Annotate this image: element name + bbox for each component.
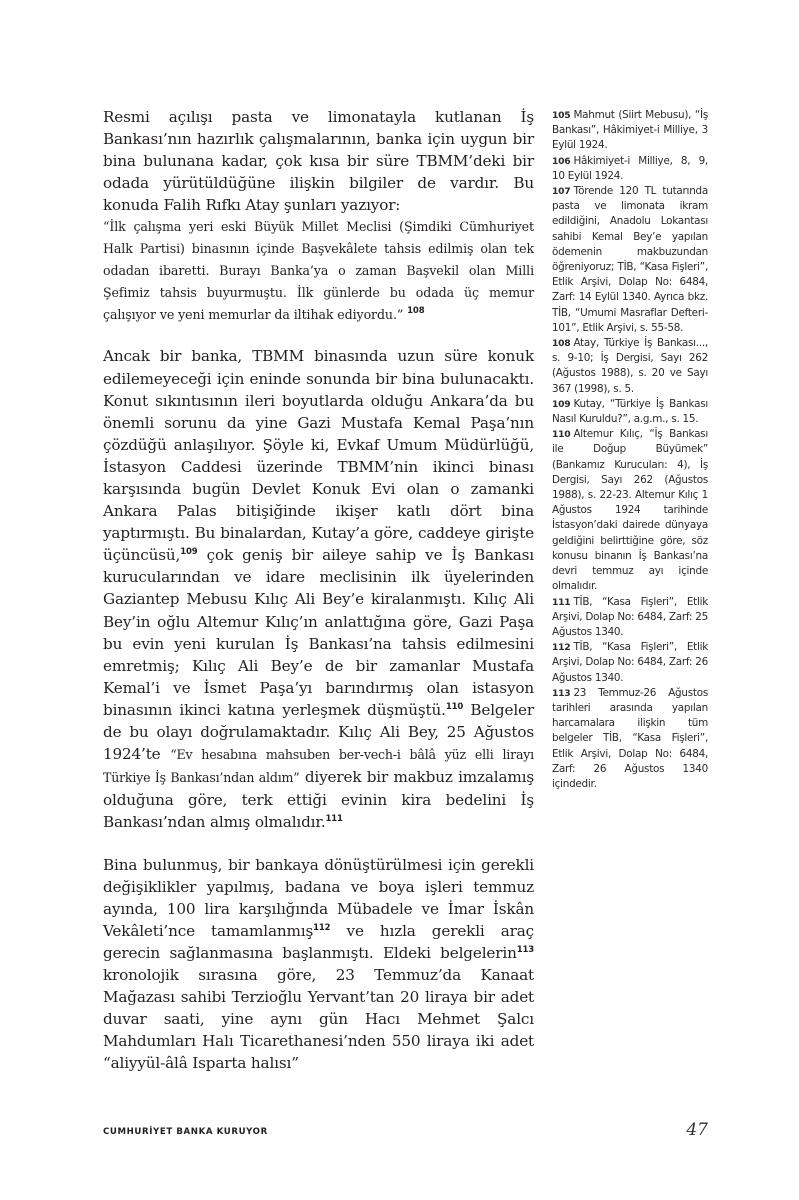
quote-text: “İlk çalışma yeri eski Büyük Millet Mecl… xyxy=(103,219,534,321)
footnote-110: 110Altemur Kılıç, “İş Bankası ile Doğup … xyxy=(552,427,708,594)
footnote-113: 11323 Temmuz-26 Ağustos tarihleri arasın… xyxy=(552,686,708,792)
footnote-text: Mahmut (Siirt Mebusu), “İş Bankası”, Hâk… xyxy=(552,109,708,151)
footnote-number: 107 xyxy=(552,186,570,197)
paragraph-gap xyxy=(103,325,534,345)
paragraph-3-text-c: kronolojik sırasına göre, 23 Temmuz’da K… xyxy=(103,966,534,1072)
footnote-ref-113[interactable]: 113 xyxy=(517,945,534,955)
footnote-number: 106 xyxy=(552,156,570,167)
footnote-105: 105Mahmut (Siirt Mebusu), “İş Bankası”, … xyxy=(552,108,708,154)
footnote-ref-109[interactable]: 109 xyxy=(180,547,197,557)
footnote-ref-108[interactable]: 108 xyxy=(407,306,424,316)
main-text-column: Resmi açılışı pasta ve limonatayla kutla… xyxy=(103,106,534,1074)
paragraph-1: Resmi açılışı pasta ve limonatayla kutla… xyxy=(103,106,534,216)
paragraph-gap xyxy=(103,834,534,854)
footnote-number: 112 xyxy=(552,642,570,653)
footnote-number: 105 xyxy=(552,110,570,121)
footnotes-column: 105Mahmut (Siirt Mebusu), “İş Bankası”, … xyxy=(552,108,708,792)
footnote-text: Kutay, “Türkiye İş Bankası Nasıl Kuruldu… xyxy=(552,398,708,425)
footnote-106: 106Hâkimiyet-i Milliye, 8, 9, 10 Eylül 1… xyxy=(552,154,708,184)
footnote-number: 109 xyxy=(552,399,570,410)
footnote-number: 111 xyxy=(552,597,570,608)
page-number: 47 xyxy=(672,1120,708,1140)
footnote-text: Hâkimiyet-i Milliye, 8, 9, 10 Eylül 1924… xyxy=(552,155,708,182)
paragraph-2: Ancak bir banka, TBMM binasında uzun sür… xyxy=(103,345,534,833)
footnote-112: 112TİB, “Kasa Fişleri”, Etlik Arşivi, Do… xyxy=(552,640,708,686)
footnote-107: 107Törende 120 TL tutarında pasta ve lim… xyxy=(552,184,708,336)
footnote-text: Atay, Türkiye İş Bankası..., s. 9-10; İş… xyxy=(552,337,708,395)
footnote-text: TİB, “Kasa Fişleri”, Etlik Arşivi, Dolap… xyxy=(552,596,708,638)
paragraph-2-text-a: Ancak bir banka, TBMM binasında uzun sür… xyxy=(103,347,534,564)
footnote-number: 110 xyxy=(552,429,570,440)
footnote-ref-112[interactable]: 112 xyxy=(313,923,330,933)
footnote-109: 109Kutay, “Türkiye İş Bankası Nasıl Kuru… xyxy=(552,397,708,427)
footnote-111: 111TİB, “Kasa Fişleri”, Etlik Arşivi, Do… xyxy=(552,595,708,641)
paragraph-2-text-b: çok geniş bir aileye sahip ve İş Bankası… xyxy=(103,546,534,719)
footnote-text: TİB, “Kasa Fişleri”, Etlik Arşivi, Dolap… xyxy=(552,641,708,683)
footnote-text: Altemur Kılıç, “İş Bankası ile Doğup Büy… xyxy=(552,428,708,592)
running-title: CUMHURİYET BANKA KURUYOR xyxy=(103,1127,268,1137)
footnote-ref-110[interactable]: 110 xyxy=(446,702,463,712)
footnote-number: 108 xyxy=(552,338,570,349)
footnote-108: 108Atay, Türkiye İş Bankası..., s. 9-10;… xyxy=(552,336,708,397)
footnote-number: 113 xyxy=(552,688,570,699)
footnote-ref-111[interactable]: 111 xyxy=(326,814,343,824)
paragraph-3: Bina bulunmuş, bir bankaya dönüştürülmes… xyxy=(103,854,534,1075)
footnote-text: 23 Temmuz-26 Ağustos tarihleri arasında … xyxy=(552,687,708,790)
footnote-text: Törende 120 TL tutarında pasta ve limona… xyxy=(552,185,708,334)
block-quote: “İlk çalışma yeri eski Büyük Millet Mecl… xyxy=(103,216,534,325)
